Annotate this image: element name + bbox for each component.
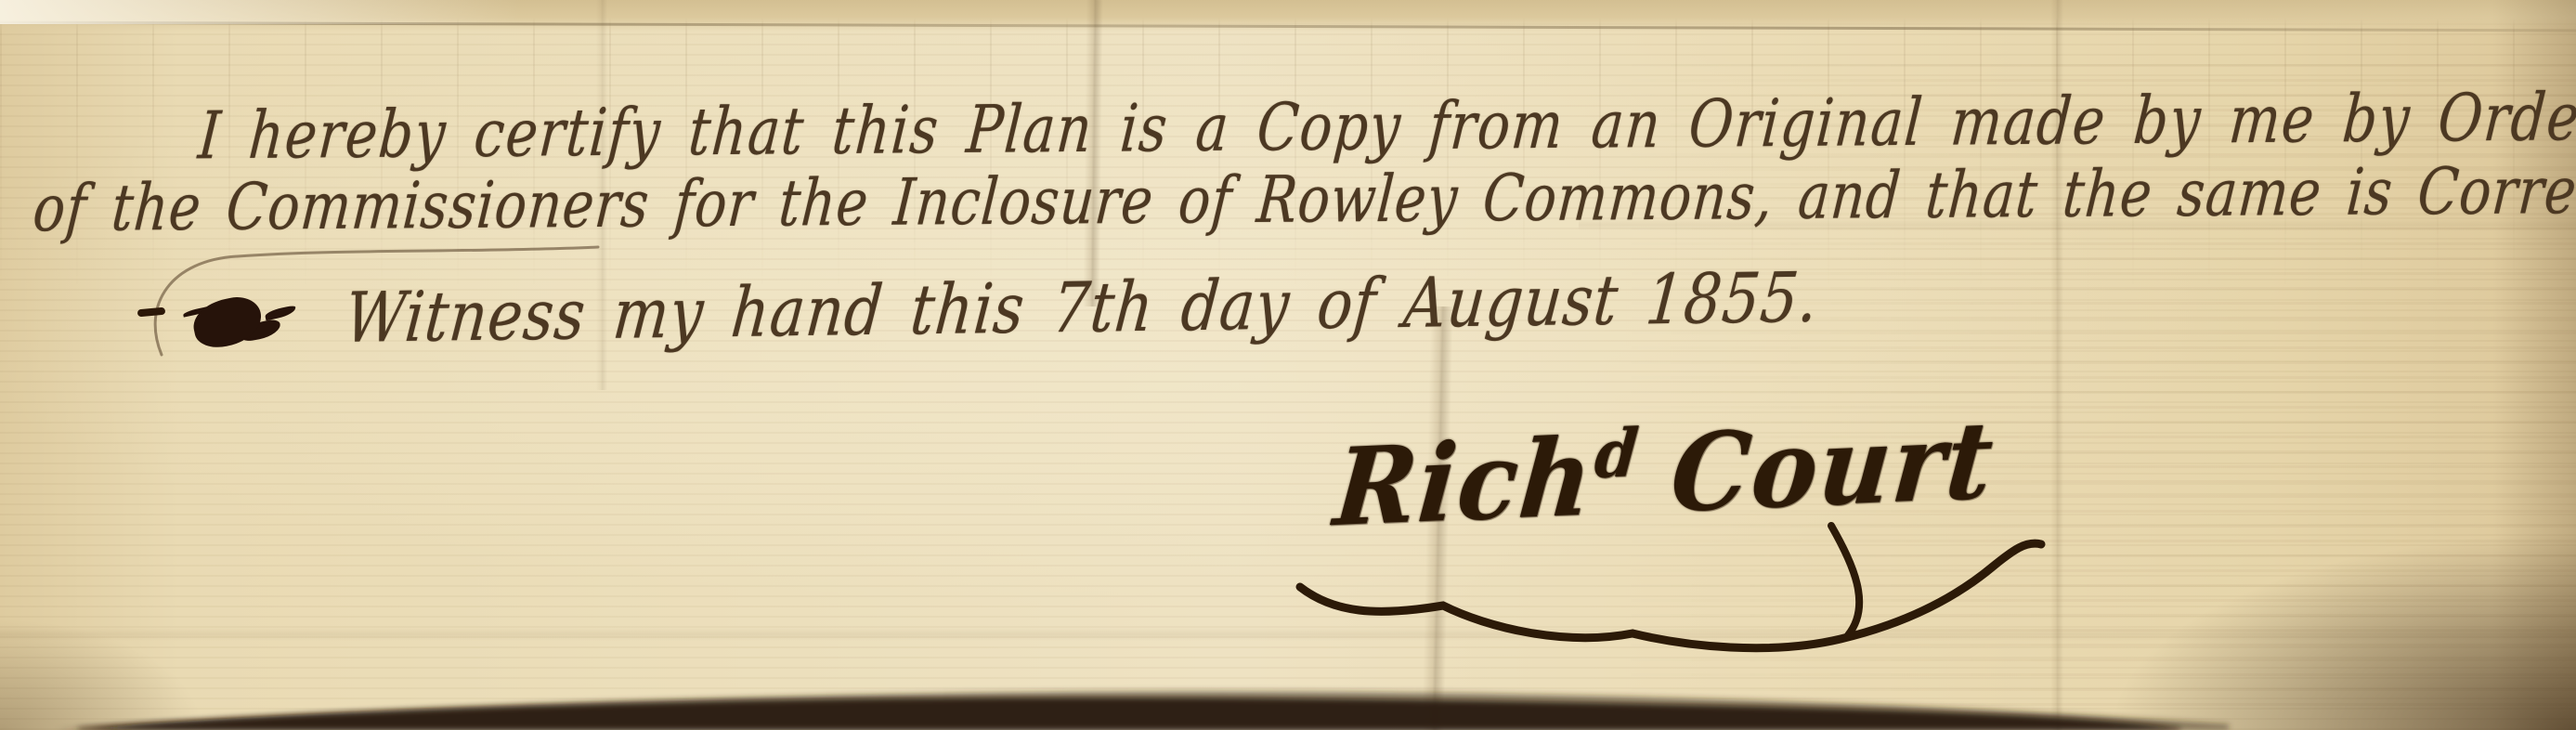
scanned-document: I hereby certify that this Plan is a Cop… <box>0 0 2576 730</box>
signature-superscript: d <box>1592 414 1641 493</box>
signature-flourish <box>1287 516 2058 656</box>
bottom-right-corner-shadow <box>2093 526 2576 730</box>
paper-edge-highlight <box>0 0 520 24</box>
stray-pen-stroke <box>130 219 613 377</box>
bottom-left-corner-shadow <box>0 619 204 730</box>
